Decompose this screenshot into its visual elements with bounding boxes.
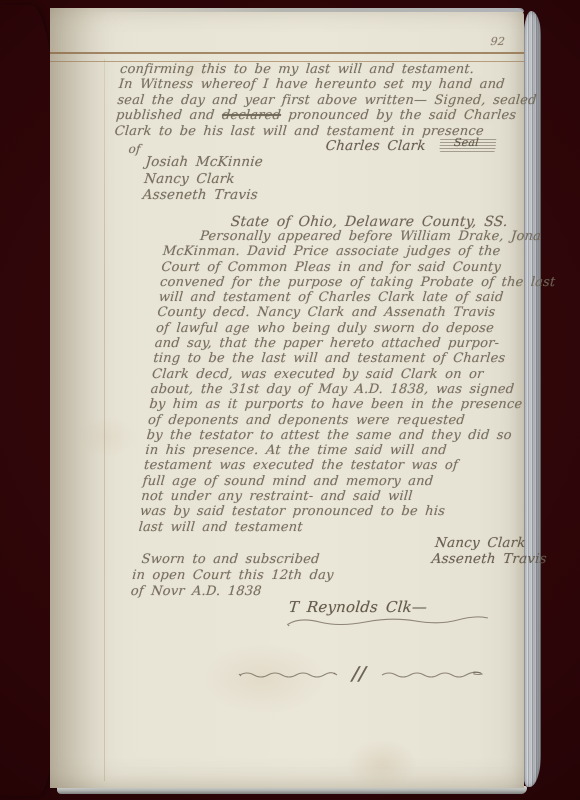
text-segment: published and	[115, 108, 222, 123]
venue-heading: State of Ohio, Delaware County, SS.	[230, 214, 508, 230]
witness-list: Josiah McKinnieNancy ClarkAsseneth Travi…	[142, 154, 264, 204]
deponent-signatures: Nancy ClarkAsseneth Travis	[433, 535, 549, 567]
manuscript-line: of deponents and deponents were requeste…	[147, 413, 544, 428]
manuscript-line: Nancy Clark	[434, 535, 548, 551]
manuscript-line: Personally appeared before William Drake…	[163, 229, 560, 244]
manuscript-line: in open Court this 12th day	[131, 568, 334, 584]
manuscript-line: McKinman. David Price associate judges o…	[162, 244, 559, 259]
manuscript-line: Sworn to and subscribed	[133, 552, 336, 568]
header-rule	[50, 52, 524, 62]
manuscript-line: testament was executed the testator was …	[143, 458, 540, 473]
manuscript-line: Nancy Clark	[143, 171, 262, 188]
probate-paragraph: Personally appeared before William Drake…	[138, 229, 560, 535]
manuscript-line: full age of sound mind and memory and	[142, 474, 539, 489]
manuscript-line: by him as it purports to have been in th…	[149, 397, 546, 412]
manuscript-line: about, the 31st day of May A.D. 1838, wa…	[150, 382, 547, 397]
clerk-signature-block: T Reynolds Clk—	[288, 598, 428, 616]
manuscript-line: Court of Common Pleas in and for said Co…	[161, 260, 558, 275]
witness-intro: of	[128, 142, 141, 156]
testator-signature-row: Charles ClarkSeal	[325, 137, 496, 154]
manuscript-line: last will and testament	[138, 520, 535, 535]
divider-wave-right-icon	[380, 668, 484, 680]
text-segment: pronounced by the said Charles	[280, 108, 516, 123]
page-number: 92	[490, 35, 506, 48]
text-segment: In Witness whereof I have hereunto set m…	[118, 77, 505, 92]
divider-slashes: //	[349, 663, 368, 685]
manuscript-line: and say, that the paper hereto attached …	[154, 336, 551, 351]
seal-mark: Seal	[439, 137, 496, 152]
manuscript-line: ting to be the last will and testament o…	[153, 351, 550, 366]
testator-signature: Charles Clark	[325, 138, 426, 154]
signature-flourish	[285, 614, 491, 628]
manuscript-line: Asseneth Travis	[431, 551, 547, 567]
manuscript-line: by the testator to attest the same and t…	[146, 428, 543, 443]
attestation-block: Sworn to and subscribedin open Court thi…	[130, 552, 336, 601]
book-photo-backdrop: { "photo": { "background_color": "#2c050…	[0, 0, 580, 800]
manuscript-line: published and declared pronounced by the…	[115, 108, 536, 123]
record-book-photo: 92 confirming this to be my last will an…	[0, 0, 580, 800]
manuscript-line: In Witness whereof I have hereunto set m…	[118, 77, 539, 92]
manuscript-line: seal the day and year first above writte…	[117, 93, 538, 108]
facing-page-curl	[0, 5, 57, 796]
manuscript-line: will and testament of Charles Clark late…	[158, 290, 555, 305]
closing-paragraph: confirming this to be my last will and t…	[114, 62, 540, 139]
text-segment: confirming this to be my last will and t…	[119, 62, 474, 77]
seal-label: Seal	[453, 136, 479, 149]
text-segment: seal the day and year first above writte…	[117, 93, 538, 108]
manuscript-page: 92 confirming this to be my last will an…	[50, 8, 524, 788]
manuscript-line: Clark decd, was executed by said Clark o…	[151, 367, 548, 382]
divider-wave-left-icon	[238, 668, 338, 680]
page-top-edge	[90, 8, 524, 12]
manuscript-line: Asseneth Travis	[142, 187, 261, 204]
struck-word: declared	[221, 108, 281, 123]
end-divider: //	[238, 663, 504, 685]
manuscript-line: of lawful age who being duly sworn do de…	[155, 321, 552, 336]
manuscript-line: Josiah McKinnie	[145, 154, 264, 171]
manuscript-line: was by said testator pronounced to be hi…	[139, 504, 536, 519]
manuscript-line: in his presence. At the time said will a…	[145, 443, 542, 458]
manuscript-line: County decd. Nancy Clark and Assenath Tr…	[157, 305, 554, 320]
manuscript-line: convened for the purpose of taking Proba…	[159, 275, 556, 290]
manuscript-line: not under any restraint- and said will	[141, 489, 538, 504]
manuscript-line: confirming this to be my last will and t…	[119, 62, 540, 77]
margin-rule	[104, 59, 105, 781]
